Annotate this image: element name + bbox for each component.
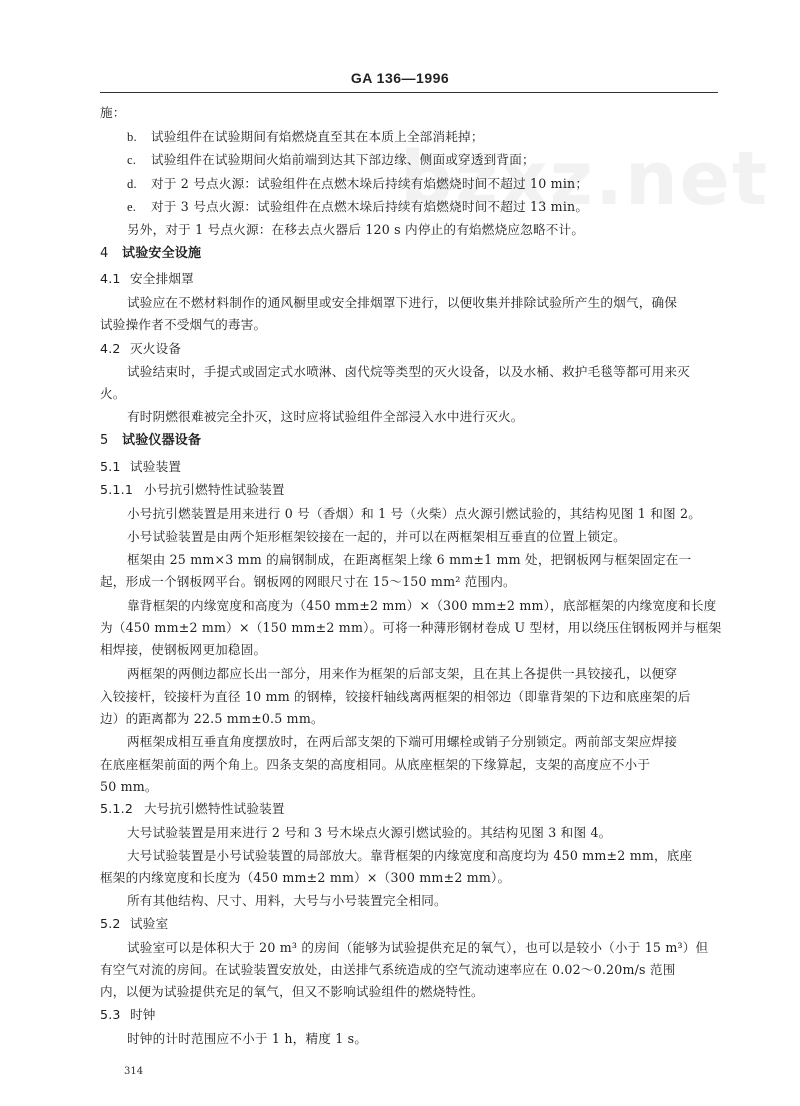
paragraph: 试验应在不燃材料制作的通风橱里或安全排烟罩下进行，以便收集并排除试验所产生的烟气…: [127, 294, 718, 312]
section-heading-5-2: 5.2试验室: [100, 915, 718, 933]
section-title: 试验室: [130, 916, 168, 931]
paragraph: 两框架的两侧边都应长出一部分，用来作为框架的后部支架，且在其上各提供一具铰接孔，…: [127, 665, 718, 683]
list-text: 试验组件在试验期间火焰前端到达其下部边缘、侧面或穿透到背面；: [151, 152, 535, 167]
section-heading-5: 5试验仪器设备: [100, 432, 718, 450]
list-label: c.: [127, 151, 151, 169]
section-heading-4-1: 4.1安全排烟罩: [100, 270, 718, 288]
paragraph: 试验室可以是体积大于 20 m³ 的房间（能够为试验提供充足的氧气），也可以是较…: [127, 939, 718, 957]
list-label: e.: [127, 198, 151, 216]
section-title: 大号抗引燃特性试验装置: [144, 801, 285, 816]
list-item-b: b.试验组件在试验期间有焰燃烧直至其在本质上全部消耗掉；: [127, 128, 745, 146]
paragraph-cont: 框架的内缘宽度和长度为（450 mm±2 mm）×（300 mm±2 mm）。: [100, 869, 718, 887]
paragraph: 试验结束时，手提式或固定式水喷淋、卤代烷等类型的灭火设备，以及水桶、救护毛毯等都…: [127, 363, 718, 381]
standard-code-header: GA 136—1996: [0, 70, 800, 86]
section-title: 灭火设备: [130, 341, 181, 356]
document-page: bzxz.net GA 136—1996 施： b.试验组件在试验期间有焰燃烧直…: [0, 0, 800, 1106]
section-number: 5: [100, 432, 122, 450]
list-label: d.: [127, 175, 151, 193]
section-number: 5.3: [100, 1006, 130, 1024]
section-title: 试验仪器设备: [122, 433, 201, 448]
section-heading-4-2: 4.2灭火设备: [100, 340, 718, 358]
paragraph-cont: 相焊接，使钢板网更加稳固。: [100, 641, 718, 659]
section-title: 试验安全设施: [122, 246, 201, 261]
continued-text: 施：: [100, 104, 718, 122]
paragraph: 大号试验装置是用来进行 2 号和 3 号木垛点火源引燃试验的。其结构见图 3 和…: [127, 824, 718, 842]
section-number: 5.1.2: [100, 800, 144, 818]
section-heading-5-1: 5.1试验装置: [100, 458, 718, 476]
paragraph-cont: 起，形成一个钢板网平台。钢板网的网眼尺寸在 15～150 mm² 范围内。: [100, 573, 718, 591]
section-heading-5-3: 5.3时钟: [100, 1006, 718, 1024]
paragraph: 框架由 25 mm×3 mm 的扁钢制成，在距离框架上缘 6 mm±1 mm 处…: [127, 551, 718, 569]
list-text: 对于 3 号点火源：试验组件在点燃木垛后持续有焰燃烧时间不超过 13 min。: [151, 199, 588, 214]
paragraph: 靠背框架的内缘宽度和高度为（450 mm±2 mm）×（300 mm±2 mm）…: [127, 597, 718, 615]
paragraph-cont: 入铰接杆，铰接杆为直径 10 mm 的钢棒，铰接杆轴线离两框架的相邻边（即靠背架…: [100, 688, 718, 706]
section-number: 4.1: [100, 270, 130, 288]
paragraph: 所有其他结构、尺寸、用料，大号与小号装置完全相同。: [127, 892, 718, 910]
paragraph: 大号试验装置是小号试验装置的局部放大。靠背框架的内缘宽度和高度均为 450 mm…: [127, 847, 718, 865]
list-text: 试验组件在试验期间有焰燃烧直至其在本质上全部消耗掉；: [151, 129, 484, 144]
section-title: 时钟: [130, 1007, 156, 1022]
section-number: 5.1: [100, 458, 130, 476]
section-number: 5.1.1: [100, 481, 144, 499]
list-item-c: c.试验组件在试验期间火焰前端到达其下部边缘、侧面或穿透到背面；: [127, 151, 745, 169]
paragraph: 小号试验装置是由两个矩形框架铰接在一起的，并可以在两框架相互垂直的位置上锁定。: [127, 528, 718, 546]
header-rule: [100, 92, 718, 93]
list-text: 对于 2 号点火源：试验组件在点燃木垛后持续有焰燃烧时间不超过 10 min；: [151, 176, 588, 191]
paragraph-cont: 试验操作者不受烟气的毒害。: [100, 316, 718, 334]
paragraph-cont: 火。: [100, 385, 718, 403]
paragraph-cont: 内，以便为试验提供充足的氧气，但又不影响试验组件的燃烧特性。: [100, 983, 718, 1001]
paragraph-cont: 有空气对流的房间。在试验装置安放处，由送排气系统造成的空气流动速率应在 0.02…: [100, 961, 718, 979]
section-heading-5-1-1: 5.1.1小号抗引燃特性试验装置: [100, 481, 718, 499]
paragraph: 有时阴燃很难被完全扑灭，这时应将试验组件全部浸入水中进行灭火。: [127, 408, 718, 426]
note-paragraph: 另外，对于 1 号点火源：在移去点火器后 120 s 内停止的有焰燃烧应忽略不计…: [127, 221, 718, 239]
paragraph: 时钟的计时范围应不小于 1 h，精度 1 s。: [127, 1030, 718, 1048]
section-title: 安全排烟罩: [130, 271, 194, 286]
paragraph-cont: 为（450 mm±2 mm）×（150 mm±2 mm）。可将一种薄形钢材卷成 …: [100, 619, 718, 637]
list-label: b.: [127, 128, 151, 146]
paragraph-cont: 在底座框架前面的两个角上。四条支架的高度相同。从底座框架的下缘算起，支架的高度应…: [100, 756, 718, 774]
section-number: 5.2: [100, 915, 130, 933]
paragraph-cont: 50 mm。: [100, 778, 718, 796]
section-heading-5-1-2: 5.1.2大号抗引燃特性试验装置: [100, 800, 718, 818]
paragraph: 两框架成相互垂直角度摆放时，在两后部支架的下端可用螺栓或销子分别锁定。两前部支架…: [127, 733, 718, 751]
section-number: 4: [100, 245, 122, 263]
list-item-d: d.对于 2 号点火源：试验组件在点燃木垛后持续有焰燃烧时间不超过 10 min…: [127, 175, 745, 193]
list-item-e: e.对于 3 号点火源：试验组件在点燃木垛后持续有焰燃烧时间不超过 13 min…: [127, 198, 745, 216]
section-title: 小号抗引燃特性试验装置: [144, 482, 285, 497]
section-title: 试验装置: [130, 459, 181, 474]
paragraph: 小号抗引燃装置是用来进行 0 号（香烟）和 1 号（火柴）点火源引燃试验的，其结…: [127, 505, 718, 523]
page-number: 314: [124, 1066, 143, 1077]
section-heading-4: 4试验安全设施: [100, 245, 718, 263]
paragraph-cont: 边）的距离都为 22.5 mm±0.5 mm。: [100, 710, 718, 728]
section-number: 4.2: [100, 340, 130, 358]
